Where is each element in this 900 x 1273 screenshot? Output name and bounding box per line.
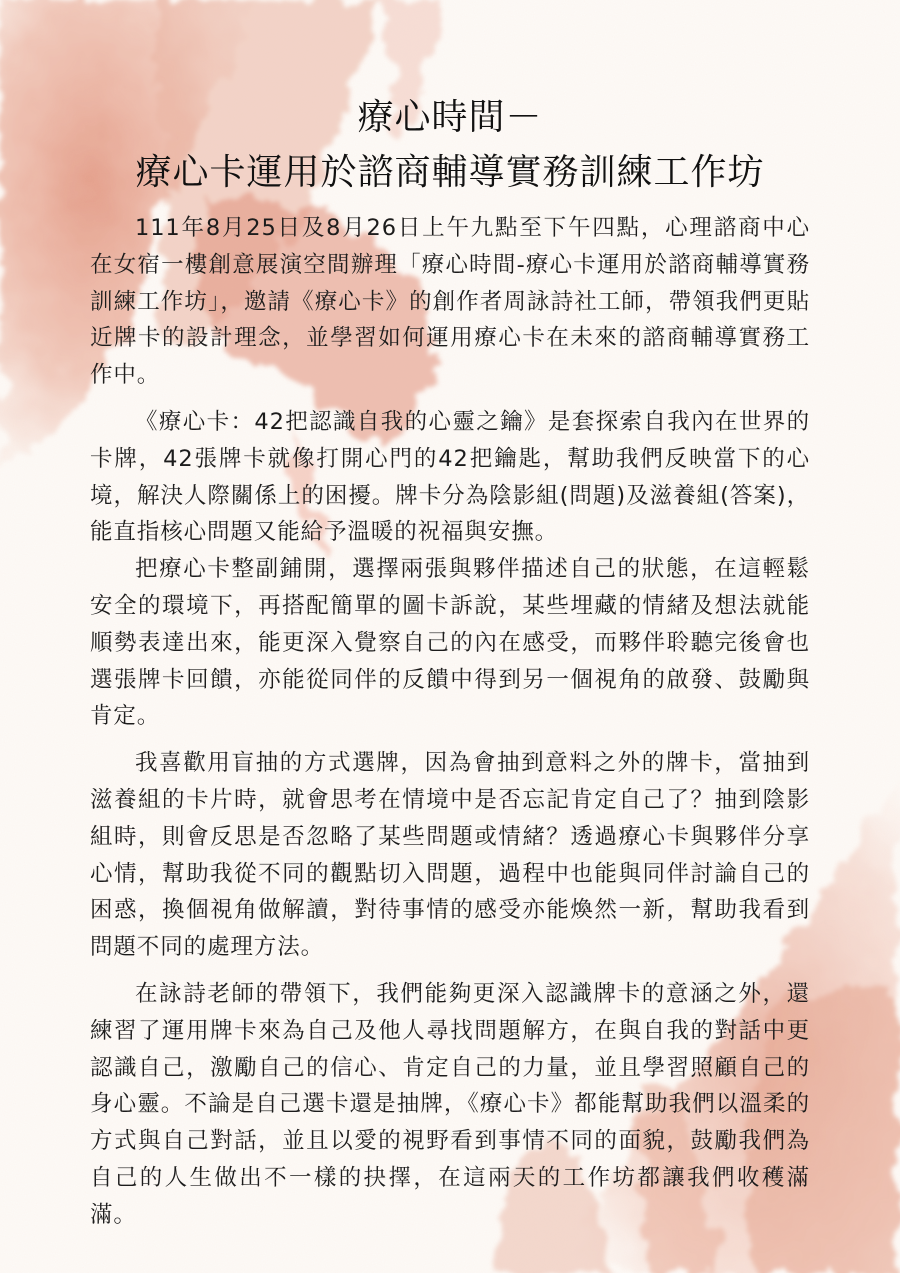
paragraph-5: 在詠詩老師的帶領下，我們能夠更深入認識牌卡的意涵之外，還練習了運用牌卡來為自己及… (90, 976, 810, 1234)
paragraph-3: 把療心卡整副鋪開，選擇兩張與夥伴描述自己的狀態，在這輕鬆安全的環境下，再搭配簡單… (90, 551, 810, 735)
title-line-2: 療心卡運用於諮商輔導實務訓練工作坊 (0, 148, 900, 198)
paragraph-4: 我喜歡用盲抽的方式選牌，因為會抽到意料之外的牌卡，當抽到滋養組的卡片時，就會思考… (90, 745, 810, 966)
paragraph-1: 111年8月25日及8月26日上午九點至下午四點，心理諮商中心在女宿一樓創意展演… (90, 210, 810, 394)
paragraph-2: 《療心卡：42把認識自我的心靈之鑰》是套探索自我內在世界的卡牌，42張牌卡就像打… (90, 404, 810, 551)
title-line-1: 療心時間－ (0, 96, 900, 140)
document-page: 療心時間－ 療心卡運用於諮商輔導實務訓練工作坊 111年8月25日及8月26日上… (0, 0, 900, 1273)
article-body: 111年8月25日及8月26日上午九點至下午四點，心理諮商中心在女宿一樓創意展演… (90, 210, 810, 1234)
